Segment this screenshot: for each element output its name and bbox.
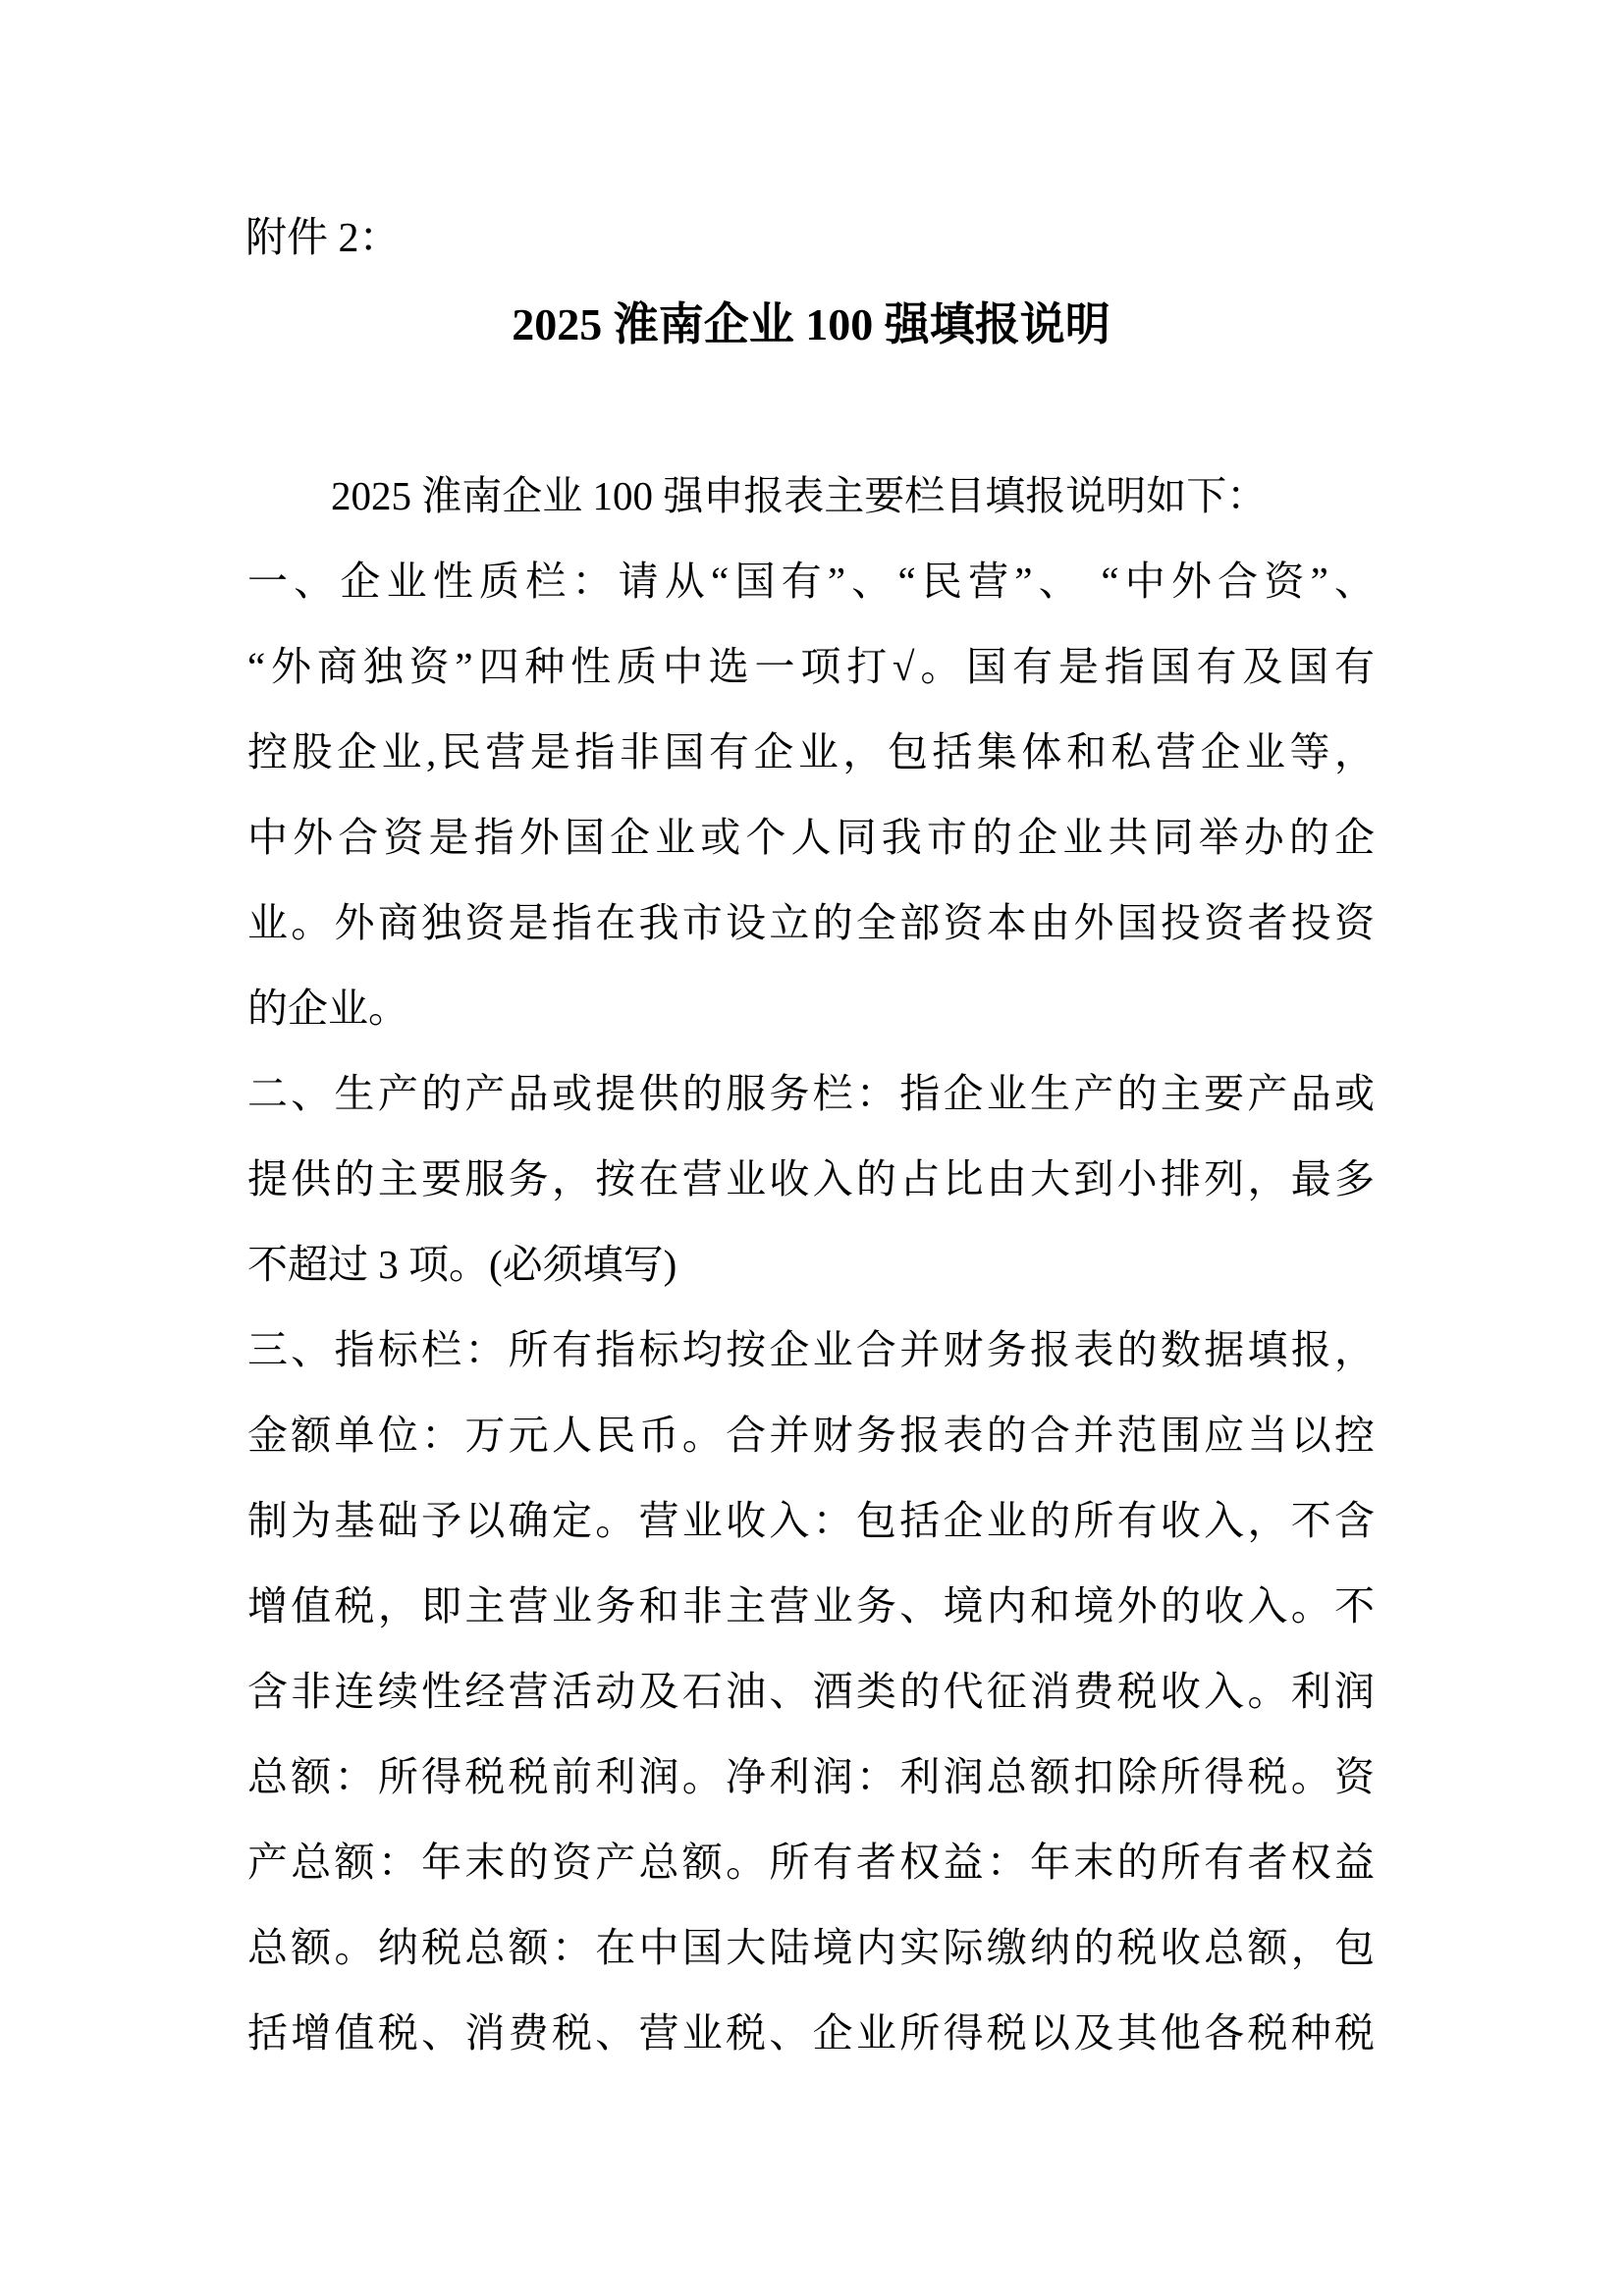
body-line: 不超过 3 项。(必须填写) — [247, 1222, 1375, 1308]
body-line: 控股企业,民营是指非国有企业，包括集体和私营企业等， — [247, 710, 1375, 795]
body-line: 2025 淮南企业 100 强申报表主要栏目填报说明如下： — [247, 454, 1375, 539]
body-line: 总额。纳税总额：在中国大陆境内实际缴纳的税收总额，包 — [247, 1905, 1375, 1991]
attachment-label: 附件 2： — [245, 196, 401, 282]
body-line: 产总额：年末的资产总额。所有者权益：年末的所有者权益 — [247, 1820, 1375, 1905]
body-line: 括增值税、消费税、营业税、企业所得税以及其他各税种税 — [247, 1991, 1375, 2076]
body-line: 制为基础予以确定。营业收入：包括企业的所有收入，不含 — [247, 1478, 1375, 1564]
body-line: “外商独资”四种性质中选一项打√。国有是指国有及国有 — [247, 624, 1375, 710]
document-body: 2025 淮南企业 100 强申报表主要栏目填报说明如下：一、企业性质栏：请从“… — [247, 454, 1375, 2076]
body-line: 一、企业性质栏：请从“国有”、“民营”、 “中外合资”、 — [247, 539, 1375, 624]
body-line: 增值税，即主营业务和非主营业务、境内和境外的收入。不 — [247, 1564, 1375, 1649]
body-line: 业。外商独资是指在我市设立的全部资本由外国投资者投资 — [247, 881, 1375, 966]
body-line: 中外合资是指外国企业或个人同我市的企业共同举办的企 — [247, 795, 1375, 881]
body-line: 的企业。 — [247, 966, 1375, 1051]
document-title: 2025 淮南企业 100 强填报说明 — [247, 282, 1375, 367]
body-line: 金额单位：万元人民币。合并财务报表的合并范围应当以控 — [247, 1393, 1375, 1478]
body-line: 含非连续性经营活动及石油、酒类的代征消费税收入。利润 — [247, 1649, 1375, 1735]
body-line: 总额：所得税税前利润。净利润：利润总额扣除所得税。资 — [247, 1735, 1375, 1820]
document-page: 附件 2： 2025 淮南企业 100 强填报说明 2025 淮南企业 100 … — [0, 0, 1624, 2296]
body-line: 三、指标栏：所有指标均按企业合并财务报表的数据填报， — [247, 1308, 1375, 1393]
body-line: 提供的主要服务，按在营业收入的占比由大到小排列，最多 — [247, 1137, 1375, 1222]
body-line: 二、生产的产品或提供的服务栏：指企业生产的主要产品或 — [247, 1051, 1375, 1137]
